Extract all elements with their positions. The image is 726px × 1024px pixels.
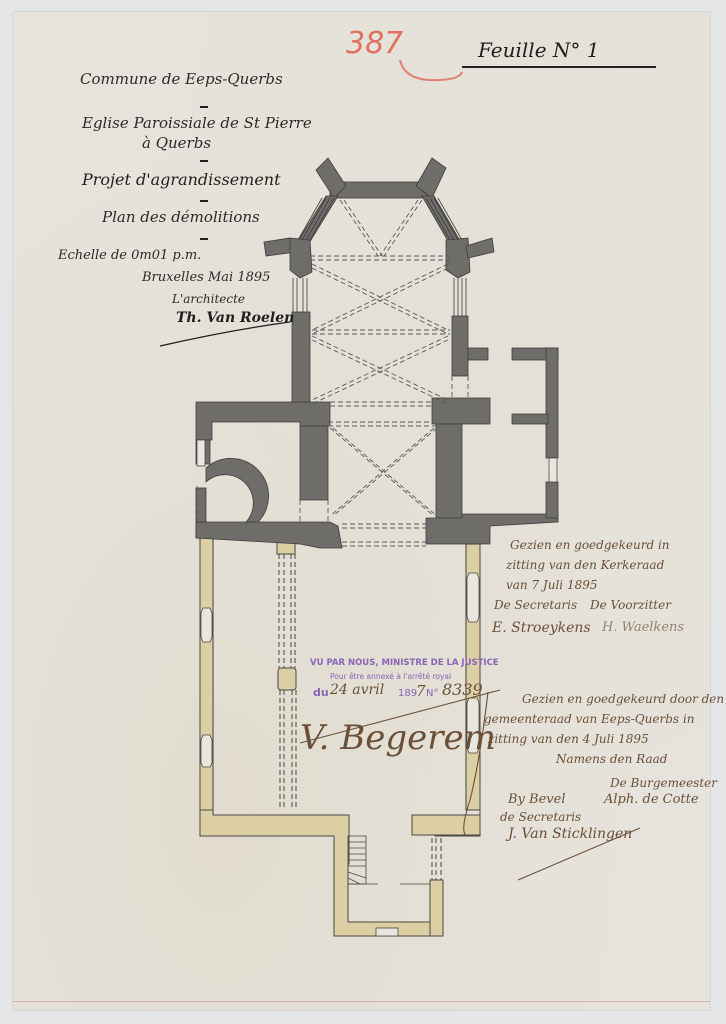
municipal-line-2: gemeenteraad van Eeps-Querbs in xyxy=(484,712,694,726)
title-commune: Commune de Eeps-Querbs xyxy=(80,70,283,88)
vault-dashes xyxy=(197,200,468,546)
architect-title: L'architecte xyxy=(172,292,245,306)
council-chairman-title: De Voorzitter xyxy=(590,598,671,612)
title-scale: Echelle de 0m01 p.m. xyxy=(58,248,201,263)
title-plan-type: Plan des démolitions xyxy=(102,208,260,226)
municipal-secretary-title: de Secretaris xyxy=(500,810,581,824)
municipal-line-3: zitting van den 4 Juli 1895 xyxy=(488,732,649,746)
by-order: By Bevel xyxy=(508,792,565,807)
sheet-label-underline xyxy=(462,66,656,68)
municipal-on-behalf: Namens den Raad xyxy=(556,752,667,766)
separator-dash xyxy=(200,200,208,202)
stamp-number: 8339 xyxy=(442,680,483,699)
council-line-2: zitting van den Kerkeraad xyxy=(506,558,664,572)
separator-dash xyxy=(200,160,208,162)
council-secretary-title: De Secretaris xyxy=(494,598,577,612)
council-line-3: van 7 Juli 1895 xyxy=(506,578,598,592)
stamp-line-3-prefix: du xyxy=(313,686,329,699)
separator-dash xyxy=(200,106,208,108)
floor-plan xyxy=(0,0,726,1024)
stamp-number-prefix: N° xyxy=(426,688,438,699)
council-chairman-signature: H. Waelkens xyxy=(602,620,684,635)
sheet-label: Feuille N° 1 xyxy=(478,38,599,62)
archive-number: 387 xyxy=(346,26,403,61)
stamp-year-prefix: 189 xyxy=(398,688,417,699)
municipal-line-1: Gezien en goedgekeurd door den xyxy=(522,692,724,706)
title-church: Eglise Paroissiale de St Pierre xyxy=(82,114,312,132)
staircase xyxy=(348,836,430,936)
separator-dash xyxy=(200,238,208,240)
stamp-date: 24 avril xyxy=(330,682,384,698)
archive-number-flourish xyxy=(400,60,462,80)
stamp-line-2: Pour être annexé à l'arrêté royal xyxy=(330,672,451,681)
council-secretary-signature: E. Stroeykens xyxy=(492,620,591,636)
architect-signature: Th. Van Roelen xyxy=(176,310,294,326)
council-line-1: Gezien en goedgekeurd in xyxy=(510,538,670,552)
title-place-date: Bruxelles Mai 1895 xyxy=(142,270,270,285)
minister-signature: V. Begerem xyxy=(300,718,496,758)
title-church-location: à Querbs xyxy=(142,134,211,152)
title-project: Projet d'agrandissement xyxy=(82,170,281,189)
mayor-title: De Burgemeester xyxy=(610,776,717,790)
stamp-year-suffix: 7 xyxy=(416,682,426,700)
municipal-secretary-signature: J. Van Sticklingen xyxy=(508,826,632,842)
mayor-signature: Alph. de Cotte xyxy=(604,792,699,807)
stamp-line-1: VU PAR NOUS, MINISTRE DE LA JUSTICE xyxy=(310,658,499,668)
